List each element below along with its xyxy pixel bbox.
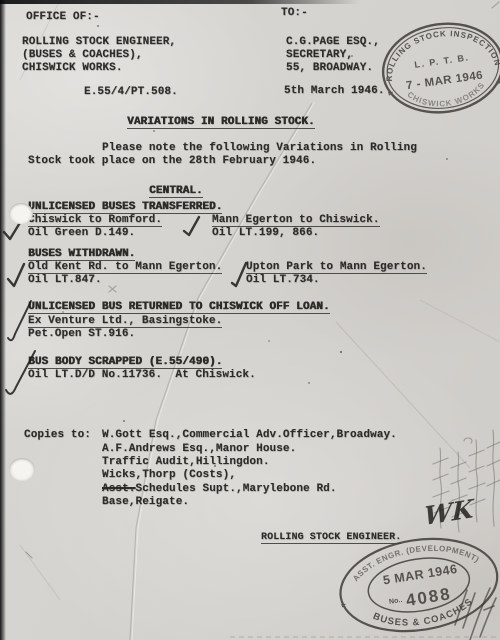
checkmark-icon <box>8 264 24 286</box>
to-line: C.G.PAGE ESQ., <box>286 37 380 48</box>
to-label: TO:- <box>281 8 308 19</box>
star-icon: * <box>387 87 395 103</box>
copies-label: Copies to: <box>24 430 91 441</box>
inspection-stamp: ROLLING STOCK INSPECTION L. P. T. B. 7 -… <box>371 7 500 130</box>
checkmark-icon <box>184 217 199 235</box>
route-detail: Oil LT.199, 866. <box>212 228 319 239</box>
memo-title: VARIATIONS IN ROLLING STOCK. <box>127 117 315 129</box>
memo-date: 5th March 1946. <box>284 86 385 97</box>
route-detail: Oil LT.847. <box>28 275 102 286</box>
hole-punch <box>9 458 35 481</box>
office-line: CHISWICK WORKS. <box>22 63 123 74</box>
checkmark-icon <box>232 263 246 286</box>
copy-recipient: Traffic Audit,Hillingdon. <box>102 457 270 468</box>
stamp-no-label: No.. <box>389 597 403 606</box>
route-entry: Ex Venture Ltd., Basingstoke. <box>28 316 222 328</box>
scanned-memo-page: OFFICE OF:- ROLLING STOCK ENGINEER, (BUS… <box>0 0 500 640</box>
reference-number: E.55/4/PT.508. <box>84 87 178 98</box>
to-line: SECRETARY, <box>286 50 353 61</box>
route-entry: Mann Egerton to Chiswick. <box>212 215 380 227</box>
intro-line: Stock took place on the 28th February 19… <box>28 156 316 167</box>
stamp-org-text: L. P. T. B. <box>414 52 470 70</box>
section-heading: UNLICENSED BUS RETURNED TO CHISWICK OFF … <box>28 302 330 314</box>
to-line: 55, BROADWAY. <box>286 63 373 74</box>
route-entry: Upton Park to Mann Egerton. <box>246 262 427 274</box>
intro-line: Please note the following Variations in … <box>102 143 417 154</box>
section-heading: UNLICENSED BUSES TRANSFERRED. <box>28 202 222 214</box>
route-detail: Oil Green D.149. <box>28 228 135 239</box>
copy-recipient: Asst.Schedules Supt.,Marylebone Rd. <box>102 484 337 495</box>
recipient-rest: Schedules Supt.,Marylebone Rd. <box>136 483 337 495</box>
office-line: ROLLING STOCK ENGINEER, <box>22 37 176 48</box>
copy-recipient: W.Gott Esq.,Commercial Adv.Officer,Broad… <box>102 430 397 441</box>
copy-recipient: A.F.Andrews Esq.,Manor House. <box>102 444 296 455</box>
stamp-number: 4088 <box>405 584 453 610</box>
region-heading: CENTRAL. <box>149 186 203 198</box>
struck-text: Asst. <box>102 483 136 495</box>
section-heading: BUSES WITHDRAWN. <box>28 249 135 261</box>
route-entry: Old Kent Rd. to Mann Egerton. <box>28 262 222 274</box>
star-icon: * <box>340 600 347 615</box>
route-detail: Oil LT.734. <box>246 275 320 286</box>
scan-edge <box>0 0 6 640</box>
route-entry: Chiswick to Romford. <box>28 215 162 227</box>
handwritten-initials: WK <box>424 494 474 531</box>
route-detail: Pet.Open ST.916. <box>28 329 135 340</box>
route-detail: Oil LT.D/D No.11736. At Chiswick. <box>28 370 256 381</box>
hole-punch <box>9 203 33 224</box>
copy-recipient: Base,Reigate. <box>102 497 189 508</box>
copy-recipient: Wicks,Thorp (Costs), <box>102 470 236 481</box>
office-of-label: OFFICE OF:- <box>26 12 100 23</box>
section-heading: BUS BODY SCRAPPED (E.55/490). <box>28 357 222 369</box>
office-line: (BUSES & COACHES), <box>22 50 143 61</box>
scan-edge <box>0 0 360 4</box>
star-icon: * <box>496 76 500 92</box>
